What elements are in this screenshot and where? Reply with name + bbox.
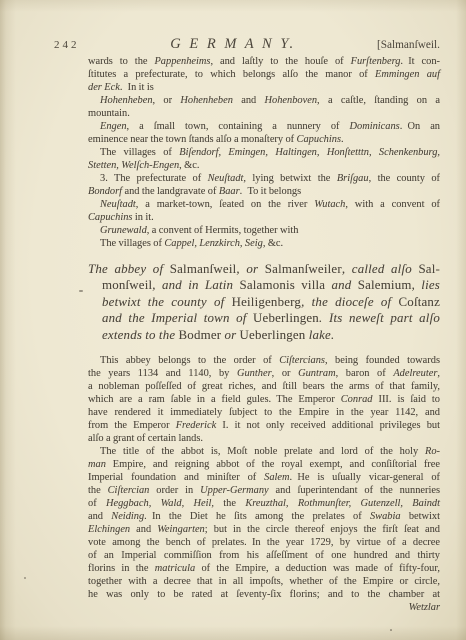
text-line: the Ciſtercian order in Upper-Germany an…: [88, 484, 440, 497]
text-line: of an Imperial commiſſion from his aſſeſ…: [88, 549, 440, 562]
text-line: ſtitutes a prefecturate, to which belong…: [88, 68, 440, 81]
text-line: of Heggbach, Wald, Heil, the Kreuzthal, …: [88, 497, 440, 510]
text-line: and Neiding. In the Diet he ſits among t…: [88, 510, 440, 523]
text-line: Imperial foundation and miniſter of Sale…: [88, 471, 440, 484]
text-line: vote among the bench of prelates. In the…: [88, 536, 440, 549]
text-line: Stetten, Welſch-Engen, &c.: [88, 159, 440, 172]
paper-speck: [24, 577, 26, 579]
text-line: together with a decree that in all impoſ…: [88, 575, 440, 588]
text-line: from the Emperor Frederick I. it not onl…: [88, 419, 440, 432]
paper-speck: [79, 290, 83, 292]
text-line: The villages of Biſendorf, Emingen, Halt…: [88, 146, 440, 159]
text-line: 3. The prefecturate of Neuſtadt, lying b…: [88, 172, 440, 185]
text-line: florins in the matricula of the Empire, …: [88, 562, 440, 575]
text-line: This abbey belongs to the order of Ciſte…: [88, 354, 440, 367]
text-line: Elchingen and Weingarten; but in the cir…: [88, 523, 440, 536]
text-line: he was only to be rated at ſeventy-ſix f…: [88, 588, 440, 601]
text-line: The villages of Cappel, Lenzkirch, Seig,…: [88, 237, 440, 250]
text-line: Neuſtadt, a market-town, ſeated on the r…: [88, 198, 440, 211]
text-line: extends to the Bodmer or Ueberlingen lak…: [88, 327, 440, 343]
text-line: alſo a grant of certain lands.: [88, 432, 440, 445]
text-line: The abbey of Salmanſweil, or Salmanſweil…: [88, 261, 440, 277]
catchword: Wetzlar: [88, 601, 440, 614]
text-block: wards to the Pappenheims, and laſtly to …: [88, 55, 440, 614]
page-header: 242 G E R M A N Y. [Salmanſweil.: [0, 36, 466, 54]
text-line: Engen, a ſmall town, containing a nunner…: [88, 120, 440, 133]
text-line: betwixt the county of Heiligenberg, the …: [88, 294, 440, 310]
text-line: have rendered it immediately ſubject to …: [88, 406, 440, 419]
text-line: which are a ram ſable in a field gules. …: [88, 393, 440, 406]
text-line: Capuchins in it.: [88, 211, 440, 224]
paper-speck: [390, 629, 392, 631]
text-line: eminence near the town ſtands alſo a mon…: [88, 133, 440, 146]
text-line: Grunewald, a convent of Hermits, togethe…: [88, 224, 440, 237]
text-line: monſweil, and in Latin Salamonis villa a…: [88, 277, 440, 293]
text-line: The title of the abbot is, Moſt noble pr…: [88, 445, 440, 458]
book-page: 242 G E R M A N Y. [Salmanſweil. wards t…: [0, 0, 466, 640]
text-line: mountain.: [88, 107, 440, 120]
text-line: Hohenheben, or Hohenheben and Hohenboven…: [88, 94, 440, 107]
running-title: G E R M A N Y.: [170, 36, 295, 53]
text-line: and the Imperial town of Ueberlingen. It…: [88, 310, 440, 326]
text-line: man Empire, and reigning abbot of the ro…: [88, 458, 440, 471]
text-line: wards to the Pappenheims, and laſtly to …: [88, 55, 440, 68]
text-line: the years 1134 and 1140, by Gunther, or …: [88, 367, 440, 380]
page-number: 242: [54, 39, 80, 51]
text-line: Bondorf and the landgravate of Baar. To …: [88, 185, 440, 198]
header-section-title: [Salmanſweil.: [377, 39, 440, 51]
text-line: der Eck. In it is: [88, 81, 440, 94]
text-line: a nobleman poſſeſſed of great riches, an…: [88, 380, 440, 393]
